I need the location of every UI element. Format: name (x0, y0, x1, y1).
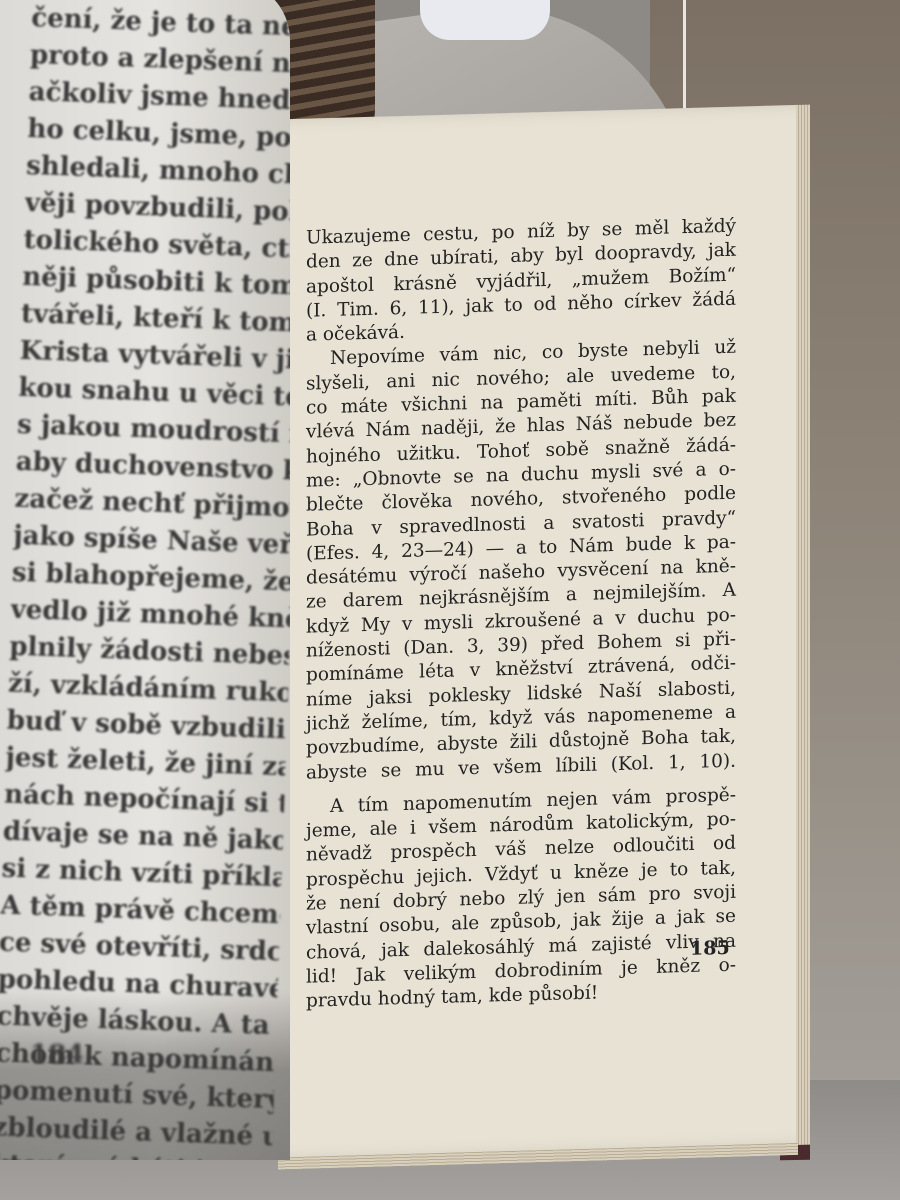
paragraph-3: A tím napomenutím nejen vám prospě- jeme… (306, 783, 736, 1014)
page-block-edge (796, 105, 810, 1145)
page-number-right: 185 (690, 937, 730, 960)
left-page: čení, že je to ta nejlepší proto a zlepš… (0, 0, 290, 1160)
left-page-body: čení, že je to ta nejlepší proto a zlepš… (0, 0, 290, 1160)
background-cloth (420, 0, 550, 40)
background-cable (683, 0, 686, 120)
hand-shadow (0, 990, 290, 1160)
right-page-body: Ukazujeme cestu, po níž by se měl každý … (306, 215, 736, 1015)
paragraph-2: Nepovíme vám nic, co byste nebyli už sly… (306, 336, 736, 785)
paragraph-1: Ukazujeme cestu, po níž by se měl každý … (306, 215, 736, 348)
right-page: Ukazujeme cestu, po níž by se měl každý … (258, 105, 798, 1160)
